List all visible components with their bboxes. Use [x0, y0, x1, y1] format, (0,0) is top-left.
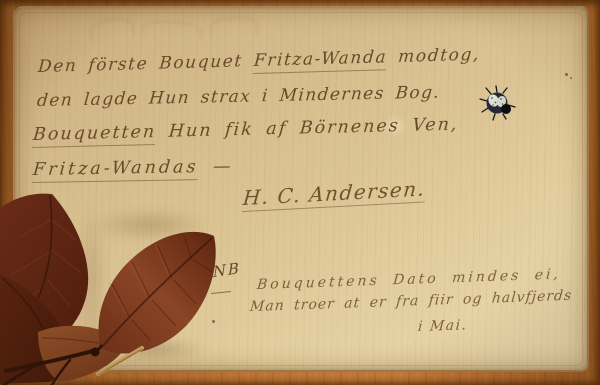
handwriting-line-4: Fritza-Wandas — [32, 156, 234, 180]
handwriting-text: — [198, 156, 235, 177]
ink-dot [565, 73, 568, 76]
underlined-name: Fritza-Wanda [253, 47, 388, 74]
ink-showthrough-marks [84, 12, 274, 42]
pressed-leaves-icon [0, 180, 248, 385]
ink-dot [570, 77, 572, 79]
handwriting-text: modtog, [386, 45, 480, 68]
postscript-line-3: i Mai. [417, 317, 468, 335]
ladybug-icon [477, 81, 519, 123]
underlined-name: Bouquetten [32, 122, 157, 148]
ladybug-head [501, 104, 511, 114]
framed-note-photo: Den förste Bouquet Fritza-Wanda modtog, … [0, 0, 600, 385]
leaf-right [99, 232, 216, 354]
